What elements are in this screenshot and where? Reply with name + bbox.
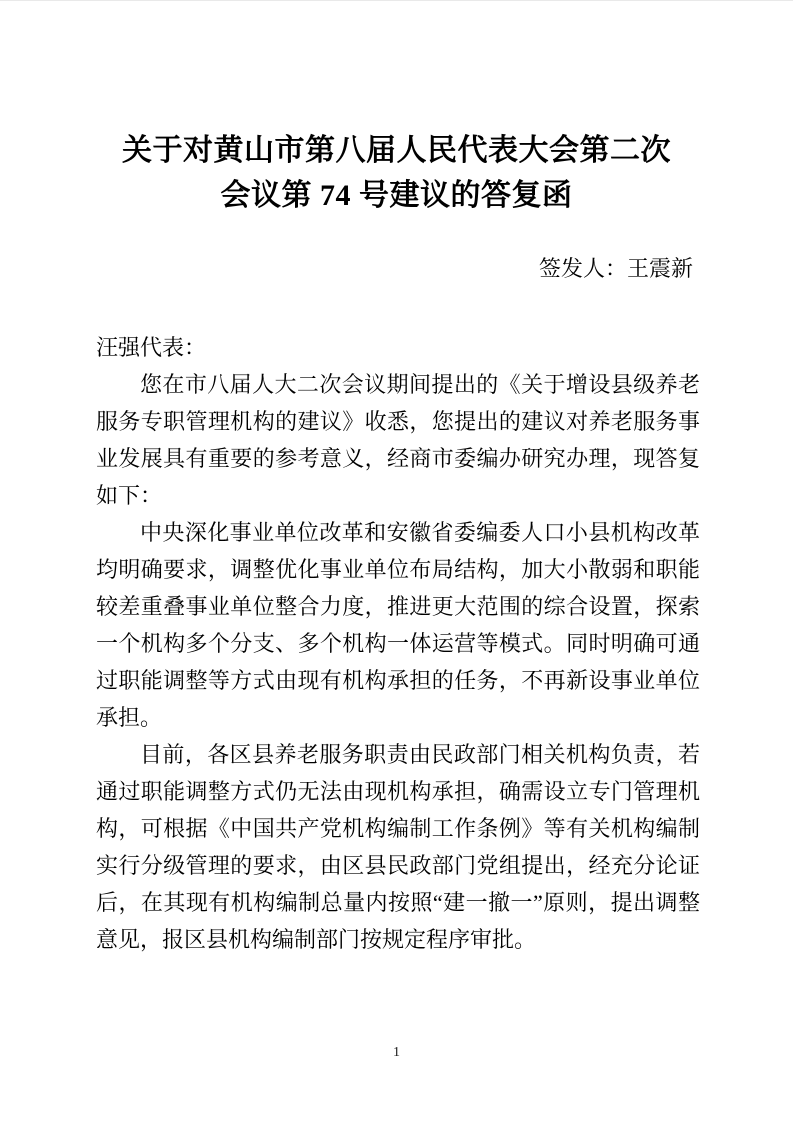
document-title-line-1: 关于对黄山市第八届人民代表大会第二次 (0, 128, 793, 173)
document-page: 关于对黄山市第八届人民代表大会第二次 会议第 74 号建议的答复函 签发人：王震… (0, 0, 793, 1122)
page-number: 1 (0, 1046, 793, 1060)
document-title: 关于对黄山市第八届人民代表大会第二次 会议第 74 号建议的答复函 (0, 1, 793, 218)
body-paragraph-1: 您在市八届人大二次会议期间提出的《关于增设县级养老服务专职管理机构的建议》收悉，… (96, 366, 700, 514)
salutation: 汪强代表： (96, 329, 700, 366)
signer-line: 签发人：王震新 (0, 250, 793, 288)
body-paragraph-3: 目前，各区县养老服务职责由民政部门相关机构负责，若通过职能调整方式仍无法由现机构… (96, 736, 700, 958)
document-body: 汪强代表： 您在市八届人大二次会议期间提出的《关于增设县级养老服务专职管理机构的… (96, 329, 700, 958)
body-paragraph-2: 中央深化事业单位改革和安徽省委编委人口小县机构改革均明确要求，调整优化事业单位布… (96, 514, 700, 736)
document-title-line-2: 会议第 74 号建议的答复函 (0, 173, 793, 218)
